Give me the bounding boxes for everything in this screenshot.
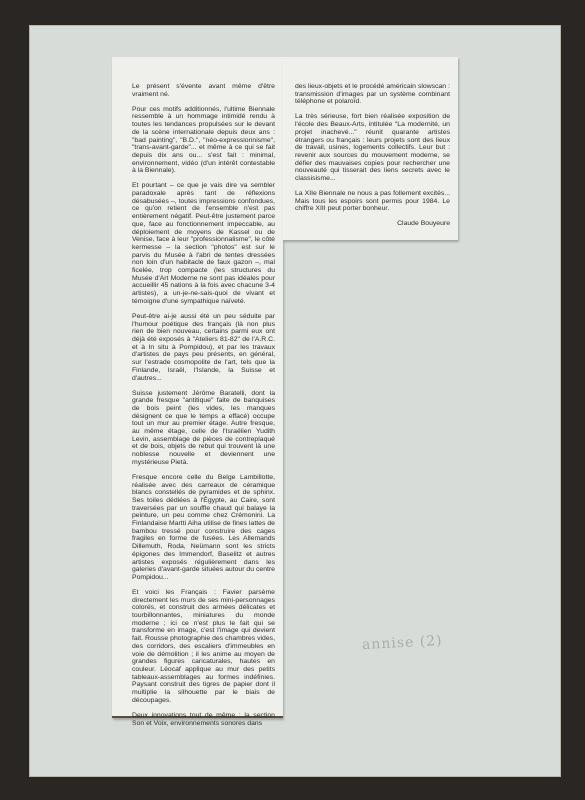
paragraph: Et voici les Français : Favier parsème d…: [132, 589, 275, 705]
paragraph: La XIIe Biennale ne nous a pas follement…: [295, 190, 450, 213]
paragraph: Et pourtant – ce que je vais dire va sem…: [132, 182, 275, 305]
paragraph: des lieux-objets et le procédé américain…: [295, 83, 450, 106]
paragraph: Fresque encore celle du Belge Lambillott…: [132, 474, 275, 582]
paragraph: Suisse justement Jérôme Baratelli, dont …: [132, 390, 275, 467]
clipping-right-column: des lieux-objets et le procédé américain…: [283, 57, 458, 240]
paragraph: Pour ces motifs additionnés, l'ultime Bi…: [132, 106, 275, 175]
author-signature: Claude Bouyeure: [295, 220, 450, 228]
clipping-left-column: Le présent s'évente avant même d'être vr…: [112, 57, 283, 718]
paragraph: La très sérieuse, fort bien réalisée exp…: [295, 113, 450, 182]
paragraph: Deux innovations tout de même : la secti…: [132, 712, 275, 727]
paragraph: Le présent s'évente avant même d'être vr…: [132, 83, 275, 98]
paragraph: Peut-être ai-je aussi été un peu séduite…: [132, 313, 275, 382]
